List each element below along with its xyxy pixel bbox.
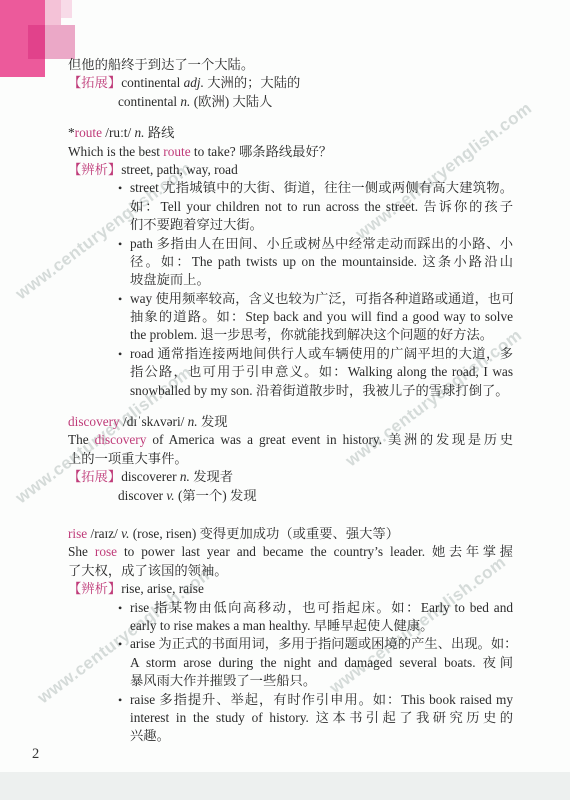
text-segment: /ruːt/ — [102, 125, 135, 140]
text-line: A storm arose during the night and damag… — [68, 654, 513, 672]
text-segment: path 多指由人在田间、小丘或树丛中经常走动而踩出的小路、小 — [130, 236, 513, 251]
text-segment: * — [68, 125, 75, 140]
text-line: 暴风雨大作并摧毁了一些船只。 — [68, 672, 513, 690]
text-line: •raise 多指提升、举起，有时作引申用。如：This book raised… — [68, 691, 513, 709]
text-segment: 如：Tell your children not to run across t… — [130, 199, 513, 214]
text-segment: (rose, risen) 变得更加成功（或重要、强大等） — [129, 526, 399, 541]
highlight-text: 【拓展】 — [68, 75, 121, 90]
text-line: 径。如：The path twists up on the mountainsi… — [68, 253, 513, 271]
text-segment: 们不要跑着穿过大街。 — [130, 217, 263, 232]
page-number: 2 — [32, 746, 39, 763]
text-segment: arise 为正式的书面用词，多用于指问题或困境的产生、出现。如： — [130, 636, 513, 651]
highlight-text: discovery — [95, 432, 147, 447]
entry-section-continental-continuation: 但他的船终于到达了一个大陆。【拓展】continental adj. 大洲的；大… — [68, 56, 513, 111]
book-page: www.centuryenglish.comwww.centuryenglish… — [0, 0, 570, 800]
text-segment: continental — [121, 75, 183, 90]
text-segment: 暴风雨大作并摧毁了一些船只。 — [130, 673, 316, 688]
text-line: 【拓展】continental adj. 大洲的；大陆的 — [68, 74, 513, 92]
text-line: 坡盘旋而上。 — [68, 271, 513, 289]
text-line: the problem. 退一步思考，你就能找到解决这个问题的好方法。 — [68, 326, 513, 344]
text-segment: A storm arose during the night and damag… — [130, 655, 513, 670]
text-segment: 上的一项重大事件。 — [68, 451, 188, 466]
text-line: •arise 为正式的书面用词，多用于指问题或困境的产生、出现。如： — [68, 635, 513, 653]
text-segment: to take? 哪条路线最好？ — [191, 144, 332, 159]
content: 但他的船终于到达了一个大陆。【拓展】continental adj. 大洲的；大… — [68, 56, 513, 746]
bullet-icon: • — [118, 599, 130, 617]
highlight-text: rise — [68, 526, 87, 541]
text-line: 兴趣。 — [68, 727, 513, 745]
text-segment: 抽象的道路。如：Step back and you will find a go… — [130, 309, 513, 324]
text-segment: 路线 — [144, 125, 174, 140]
text-segment: street 尤指城镇中的大街、街道，往往一侧或两侧有高大建筑物。 — [130, 180, 513, 195]
text-segment: early to rise makes a man healthy. 早睡早起使… — [130, 618, 433, 633]
text-segment: /raɪz/ — [87, 526, 121, 541]
text-segment: She — [68, 544, 95, 559]
bullet-icon: • — [118, 290, 130, 308]
text-segment: 但他的船终于到达了一个大陆。 — [68, 57, 254, 72]
text-line: continental n. (欧洲) 大陆人 — [68, 93, 513, 111]
bullet-icon: • — [118, 691, 130, 709]
decoration-square-overlay — [28, 25, 75, 59]
bullet-icon: • — [118, 235, 130, 253]
text-line: Which is the best route to take? 哪条路线最好？ — [68, 143, 513, 161]
text-line: discovery /dɪˈskʌvəri/ n. 发现 — [68, 413, 513, 431]
text-segment: n. — [188, 414, 198, 429]
text-segment: 指公路，也可用于引申意义。如：Walking along the road, I… — [130, 364, 513, 379]
text-line: 【辨析】rise, arise, raise — [68, 580, 513, 598]
highlight-text: 【辨析】 — [68, 581, 121, 596]
highlight-text: rose — [95, 544, 117, 559]
text-line: The discovery of America was a great eve… — [68, 431, 513, 449]
text-segment: n. — [180, 469, 190, 484]
page-bottom-shade — [0, 772, 570, 800]
highlight-text: 【拓展】 — [68, 469, 121, 484]
bullet-icon: • — [118, 635, 130, 653]
text-segment: street, path, way, road — [121, 162, 238, 177]
text-segment: 了大权，成了该国的领袖。 — [68, 563, 228, 578]
text-line: *route /ruːt/ n. 路线 — [68, 124, 513, 142]
text-line: snowballed by my son. 沿着街道散步时，我被儿子的雪球打倒了… — [68, 382, 513, 400]
text-segment: rise 指某物由低向高移动，也可指起床。如：Early to bed and — [130, 600, 513, 615]
entry-section-route-entry: *route /ruːt/ n. 路线Which is the best rou… — [68, 124, 513, 400]
text-segment: 发现者 — [190, 469, 233, 484]
text-line: •street 尤指城镇中的大街、街道，往往一侧或两侧有高大建筑物。 — [68, 179, 513, 197]
highlight-text: route — [75, 125, 102, 140]
decoration-square-pale — [45, 0, 61, 25]
entry-section-discovery-entry: discovery /dɪˈskʌvəri/ n. 发现The discover… — [68, 413, 513, 505]
text-line: 【拓展】discoverer n. 发现者 — [68, 468, 513, 486]
text-line: 上的一项重大事件。 — [68, 450, 513, 468]
text-segment: n. — [135, 125, 145, 140]
text-line: 了大权，成了该国的领袖。 — [68, 562, 513, 580]
text-segment: /dɪˈskʌvəri/ — [120, 414, 188, 429]
text-segment: 径。如：The path twists up on the mountainsi… — [130, 254, 513, 269]
text-segment: rise, arise, raise — [121, 581, 204, 596]
text-segment: The — [68, 432, 95, 447]
highlight-text: 【辨析】 — [68, 162, 121, 177]
text-line: 如：Tell your children not to run across t… — [68, 198, 513, 216]
text-segment: (第一个) 发现 — [175, 488, 257, 503]
text-segment: discover — [118, 488, 166, 503]
text-line: •path 多指由人在田间、小丘或树丛中经常走动而踩出的小路、小 — [68, 235, 513, 253]
text-line: •way 使用频率较高，含义也较为广泛，可指各种道路或通道，也可指 — [68, 290, 513, 308]
text-segment: discoverer — [121, 469, 180, 484]
text-segment: 坡盘旋而上。 — [130, 272, 210, 287]
text-line: 抽象的道路。如：Step back and you will find a go… — [68, 308, 513, 326]
text-segment: Which is the best — [68, 144, 163, 159]
text-line: 【辨析】street, path, way, road — [68, 161, 513, 179]
text-segment: the problem. 退一步思考，你就能找到解决这个问题的好方法。 — [130, 327, 493, 342]
bullet-icon: • — [118, 179, 130, 197]
text-segment: of America was a great event in history.… — [146, 432, 513, 447]
text-segment: 兴趣。 — [130, 728, 170, 743]
text-segment: n. — [180, 94, 190, 109]
text-segment: to power last year and became the countr… — [117, 544, 513, 559]
text-line: rise /raɪz/ v. (rose, risen) 变得更加成功（或重要、… — [68, 525, 513, 543]
text-line: interest in the study of history. 这本书引起了… — [68, 709, 513, 727]
text-line: 但他的船终于到达了一个大陆。 — [68, 56, 513, 74]
text-line: •road 通常指连接两地间供行人或车辆使用的广阔平坦的大道，多 — [68, 345, 513, 363]
decoration-square-palest — [61, 0, 72, 18]
bullet-icon: • — [118, 345, 130, 363]
text-segment: raise 多指提升、举起，有时作引申用。如：This book raised … — [130, 692, 513, 707]
text-segment: interest in the study of history. 这本书引起了… — [130, 710, 513, 725]
text-segment: snowballed by my son. 沿着街道散步时，我被儿子的雪球打倒了… — [130, 383, 509, 398]
text-segment: (欧洲) 大陆人 — [190, 94, 272, 109]
text-segment: continental — [118, 94, 180, 109]
text-segment: adj. — [184, 75, 204, 90]
text-segment: 发现 — [198, 414, 228, 429]
text-segment: 大洲的；大陆的 — [204, 75, 300, 90]
text-line: 们不要跑着穿过大街。 — [68, 216, 513, 234]
entry-section-rise-entry: rise /raɪz/ v. (rose, risen) 变得更加成功（或重要、… — [68, 525, 513, 746]
text-line: She rose to power last year and became t… — [68, 543, 513, 561]
text-line: •rise 指某物由低向高移动，也可指起床。如：Early to bed and — [68, 599, 513, 617]
text-segment: v. — [166, 488, 174, 503]
text-segment: way 使用频率较高，含义也较为广泛，可指各种道路或通道，也可指 — [130, 291, 513, 306]
text-line: discover v. (第一个) 发现 — [68, 487, 513, 505]
text-segment: road 通常指连接两地间供行人或车辆使用的广阔平坦的大道，多 — [130, 346, 513, 361]
highlight-text: discovery — [68, 414, 120, 429]
text-line: early to rise makes a man healthy. 早睡早起使… — [68, 617, 513, 635]
text-line: 指公路，也可用于引申意义。如：Walking along the road, I… — [68, 363, 513, 381]
highlight-text: route — [163, 144, 190, 159]
